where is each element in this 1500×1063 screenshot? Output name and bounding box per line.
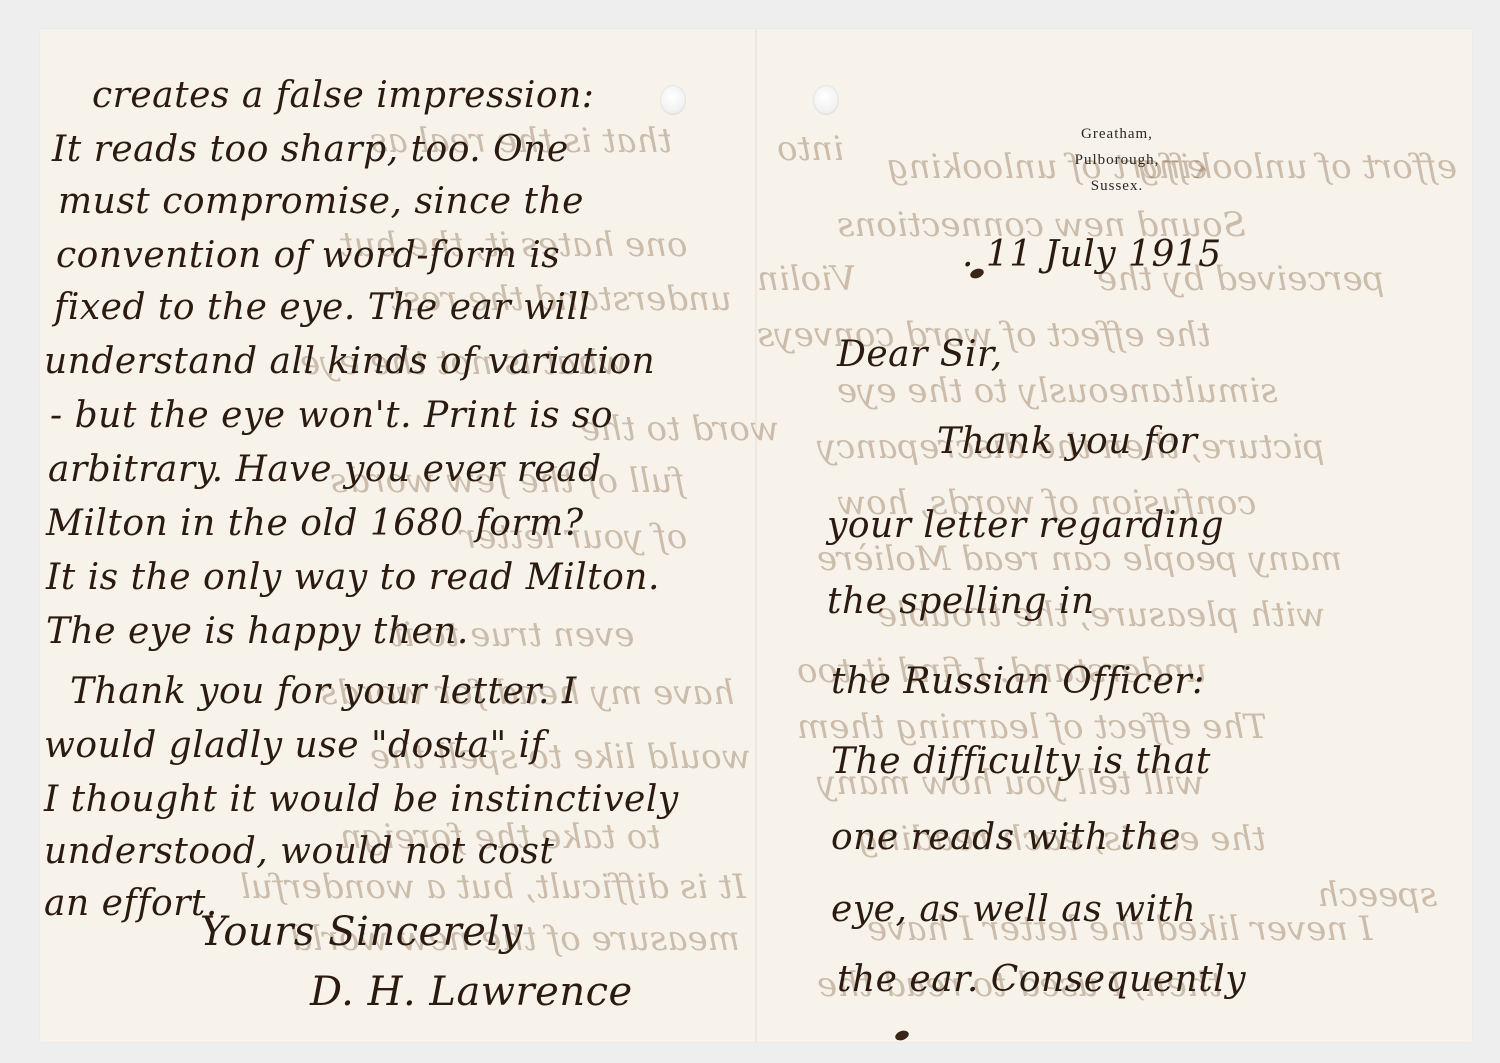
letter-line: would gladly use "dosta" if [44, 725, 544, 766]
letter-line: the spelling in [827, 581, 1095, 622]
letter-line: Thank you for [937, 421, 1197, 462]
closing: Yours Sincerely [200, 909, 523, 955]
date: . 11 July 1915 [962, 234, 1222, 275]
letter-line: understand all kinds of variation [44, 341, 655, 382]
signature: D. H. Lawrence [310, 969, 633, 1015]
bleed-through-text: simultaneously to the eye [837, 371, 1278, 411]
letterhead: Greatham, Pulborough, Sussex. [1037, 121, 1197, 199]
right-page: into effort of unlooking effort of unloo… [757, 29, 1472, 1042]
letter-line: It is the only way to read Milton. [46, 557, 660, 598]
letter-line: convention of word-form is [56, 235, 560, 276]
letterhead-line: Greatham, [1037, 121, 1197, 147]
letter-line: Milton in the old 1680 form? [46, 503, 584, 544]
bleed-through-text: speech [1317, 875, 1437, 915]
letterhead-line: Pulborough, [1037, 147, 1197, 173]
letter-line: Thank you for your letter. I [70, 671, 577, 712]
letter-line: It reads too sharp, too. One [52, 129, 569, 170]
salutation: Dear Sir, [837, 334, 1003, 375]
bleed-through-text: It is difficult, but a wonderful [240, 867, 746, 907]
letter-line: the Russian Officer: [831, 661, 1205, 702]
letter-line: eye, as well as with [831, 889, 1196, 930]
letter-line: arbitrary. Have you ever read [48, 449, 602, 490]
bleed-through-text: Violin [757, 259, 856, 299]
letter-line: your letter regarding [827, 505, 1224, 546]
punch-hole [813, 85, 839, 115]
bleed-through-text: into [777, 129, 844, 169]
letter-line: The difficulty is that [831, 741, 1211, 782]
letter-line: The eye is happy then. [46, 611, 469, 652]
letter-line: fixed to the eye. The ear will [54, 287, 590, 328]
ink-blot [894, 1029, 910, 1042]
letter-line: must compromise, since the [58, 181, 584, 222]
letter-line: I thought it would be instinctively [44, 779, 679, 820]
letter-line: the ear. Consequently [837, 959, 1246, 1000]
letter-sheet: that is the real as one hates it, the bu… [40, 29, 1472, 1042]
left-page: that is the real as one hates it, the bu… [40, 29, 755, 1042]
letter-line: creates a false impression: [92, 75, 594, 116]
punch-hole [660, 85, 686, 115]
letter-line: an effort. [44, 883, 218, 924]
letterhead-line: Sussex. [1037, 173, 1197, 199]
letter-line: one reads with the [831, 817, 1181, 858]
letter-line: - but the eye won't. Print is so [50, 395, 613, 436]
letter-line: understood, would not cost [44, 831, 554, 872]
